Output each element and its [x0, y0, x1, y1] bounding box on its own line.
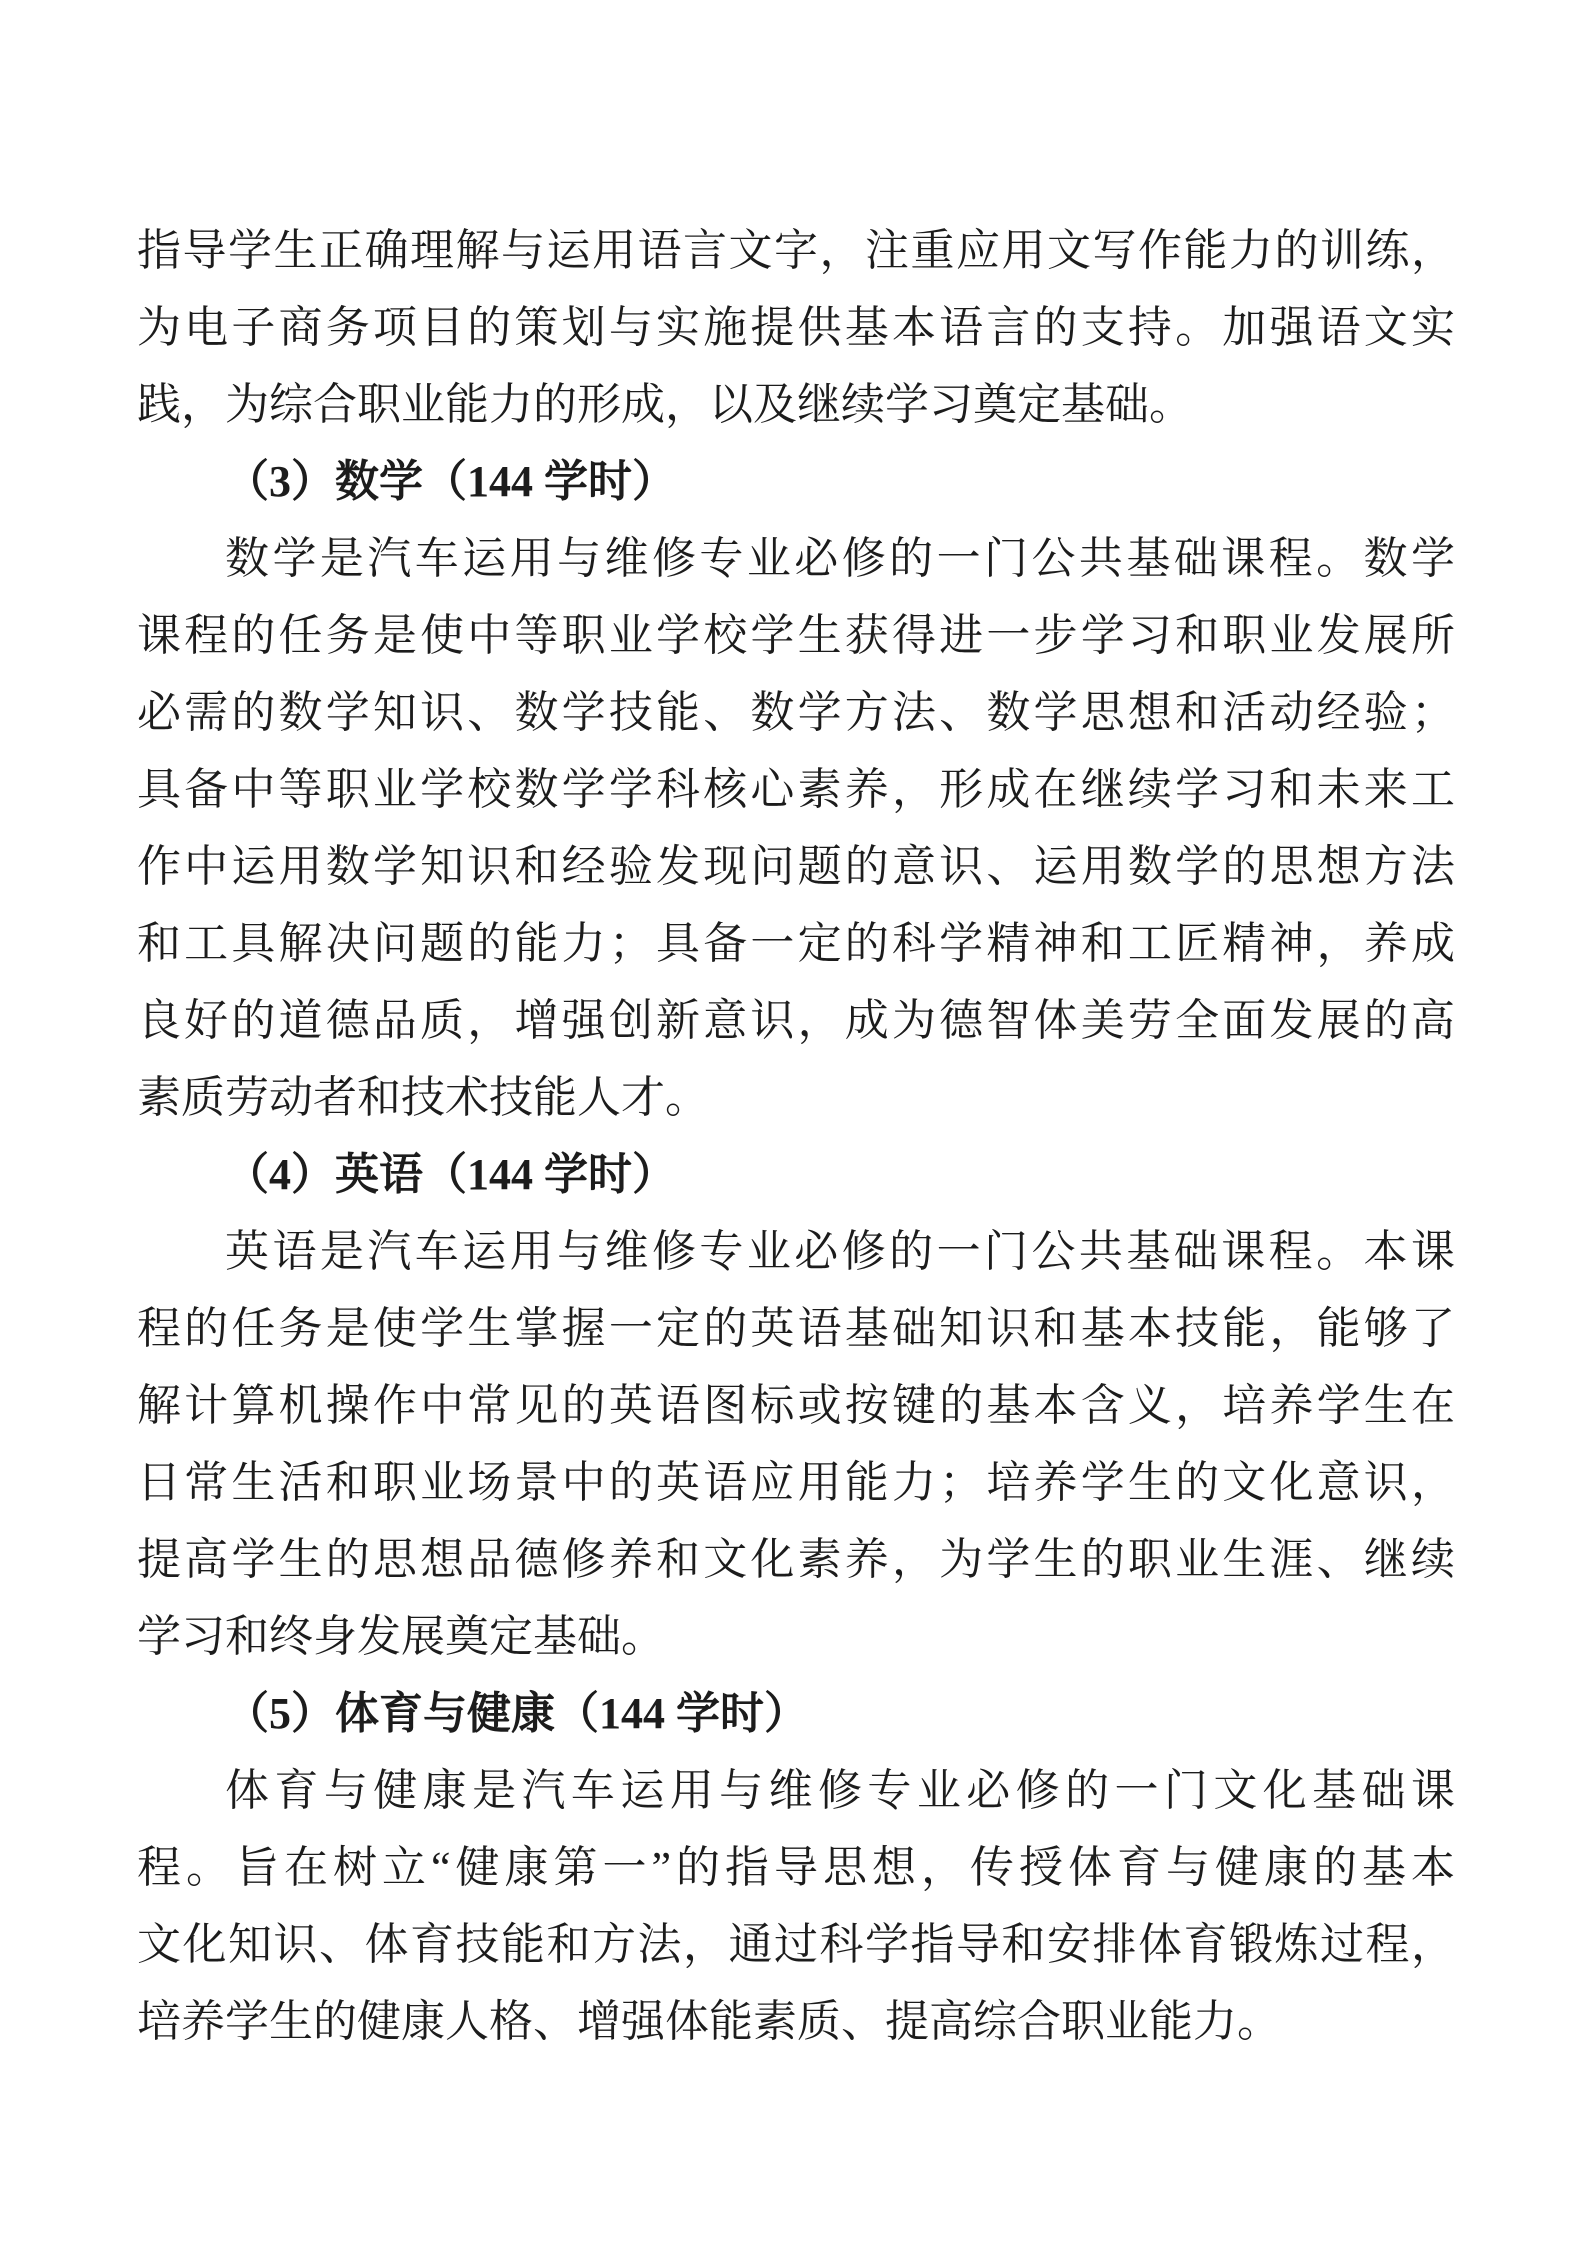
body-line: 践，为综合职业能力的形成，以及继续学习奠定基础。 [137, 366, 1455, 443]
body-line: 良好的道德品质，增强创新意识，成为德智体美劳全面发展的高 [137, 982, 1455, 1059]
body-line: 素质劳动者和技术技能人才。 [137, 1059, 1455, 1136]
body-line: 数学是汽车运用与维修专业必修的一门公共基础课程。数学 [137, 520, 1455, 597]
body-line: 英语是汽车运用与维修专业必修的一门公共基础课程。本课 [137, 1213, 1455, 1290]
body-line: 学习和终身发展奠定基础。 [137, 1598, 1455, 1675]
heading-english-course: （4）英语（144 学时） [137, 1136, 1455, 1213]
body-line: 文化知识、体育技能和方法，通过科学指导和安排体育锻炼过程， [137, 1906, 1455, 1983]
body-line: 作中运用数学知识和经验发现问题的意识、运用数学的思想方法 [137, 828, 1455, 905]
body-line: 具备中等职业学校数学学科核心素养，形成在继续学习和未来工 [137, 751, 1455, 828]
body-line: 体育与健康是汽车运用与维修专业必修的一门文化基础课 [137, 1752, 1455, 1829]
body-line: 必需的数学知识、数学技能、数学方法、数学思想和活动经验； [137, 674, 1455, 751]
body-line: 日常生活和职业场景中的英语应用能力；培养学生的文化意识， [137, 1444, 1455, 1521]
body-line: 培养学生的健康人格、增强体能素质、提高综合职业能力。 [137, 1983, 1455, 2060]
body-line: 为电子商务项目的策划与实施提供基本语言的支持。加强语文实 [137, 289, 1455, 366]
body-line: 指导学生正确理解与运用语言文字，注重应用文写作能力的训练， [137, 212, 1455, 289]
heading-math-course: （3）数学（144 学时） [137, 443, 1455, 520]
body-line: 提高学生的思想品德修养和文化素养，为学生的职业生涯、继续 [137, 1521, 1455, 1598]
body-line: 课程的任务是使中等职业学校学生获得进一步学习和职业发展所 [137, 597, 1455, 674]
body-line: 程。旨在树立“健康第一”的指导思想，传授体育与健康的基本 [137, 1829, 1455, 1906]
document-page: 指导学生正确理解与运用语言文字，注重应用文写作能力的训练， 为电子商务项目的策划… [0, 0, 1587, 2245]
body-line: 程的任务是使学生掌握一定的英语基础知识和基本技能，能够了 [137, 1290, 1455, 1367]
heading-pe-course: （5）体育与健康（144 学时） [137, 1675, 1455, 1752]
body-line: 和工具解决问题的能力；具备一定的科学精神和工匠精神，养成 [137, 905, 1455, 982]
body-line: 解计算机操作中常见的英语图标或按键的基本含义，培养学生在 [137, 1367, 1455, 1444]
